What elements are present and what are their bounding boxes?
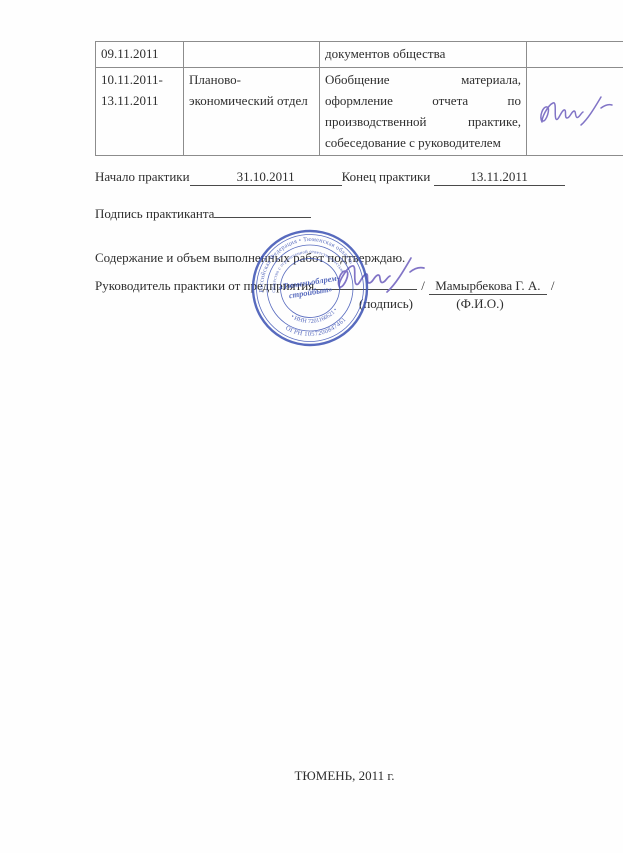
cell-work-description: Обобщение материала, оформление отчета п…	[320, 68, 527, 156]
cell-department: Планово-экономический отдел	[184, 68, 320, 156]
practice-end-date: 13.11.2011	[470, 169, 528, 184]
supervisor-label: Руководитель практики от предприятия	[95, 278, 314, 293]
trainee-signature-label: Подпись практиканта	[95, 206, 214, 221]
signature-caption: (подпись)	[333, 296, 439, 312]
practice-end-date-field: 13.11.2011	[434, 169, 565, 186]
cell-work-description: документов общества	[320, 42, 527, 68]
practice-start-date-field: 31.10.2011	[190, 169, 342, 186]
trainee-signature-line: Подпись практиканта	[95, 206, 311, 222]
fio-caption: (Ф.И.О.)	[430, 296, 530, 312]
table-row: 09.11.2011 документов общества	[96, 42, 623, 68]
practice-end-label: Конец практики	[342, 169, 431, 184]
handwritten-signature-icon	[535, 92, 621, 136]
practice-dates-line: Начало практики31.10.2011Конец практики …	[95, 169, 565, 186]
scanned-document-page: 09.11.2011 документов общества 10.11.201…	[0, 0, 623, 853]
cell-signature	[527, 42, 623, 68]
cell-period: 09.11.2011	[96, 42, 184, 68]
confirmation-statement: Содержание и объем выполненных работ под…	[95, 250, 405, 266]
svg-text:ОГРН 1057200847461: ОГРН 1057200847461	[283, 315, 349, 342]
footer-city-year: ТЮМЕНЬ, 2011 г.	[95, 768, 594, 784]
supervisor-name-field: Мамырбекова Г. А.	[429, 278, 547, 295]
supervisor-line: Руководитель практики от предприятия/Мам…	[95, 278, 558, 295]
supervisor-signature-field	[314, 289, 417, 290]
trainee-signature-field	[214, 217, 311, 218]
confirmation-text: Содержание и объем выполненных работ под…	[95, 250, 405, 265]
cell-signature	[527, 68, 623, 156]
slash-separator: /	[417, 278, 429, 293]
practice-start-date: 31.10.2011	[237, 169, 295, 184]
cell-department	[184, 42, 320, 68]
stamp-ogrn-text: ОГРН 1057200847461	[283, 315, 349, 342]
practice-start-label: Начало практики	[95, 169, 190, 184]
practice-worklog-table: 09.11.2011 документов общества 10.11.201…	[95, 41, 623, 156]
table-row: 10.11.2011- 13.11.2011 Планово-экономиче…	[96, 68, 623, 156]
slash-separator: /	[547, 278, 559, 293]
cell-period: 10.11.2011- 13.11.2011	[96, 68, 184, 156]
supervisor-name: Мамырбекова Г. А.	[435, 278, 540, 293]
